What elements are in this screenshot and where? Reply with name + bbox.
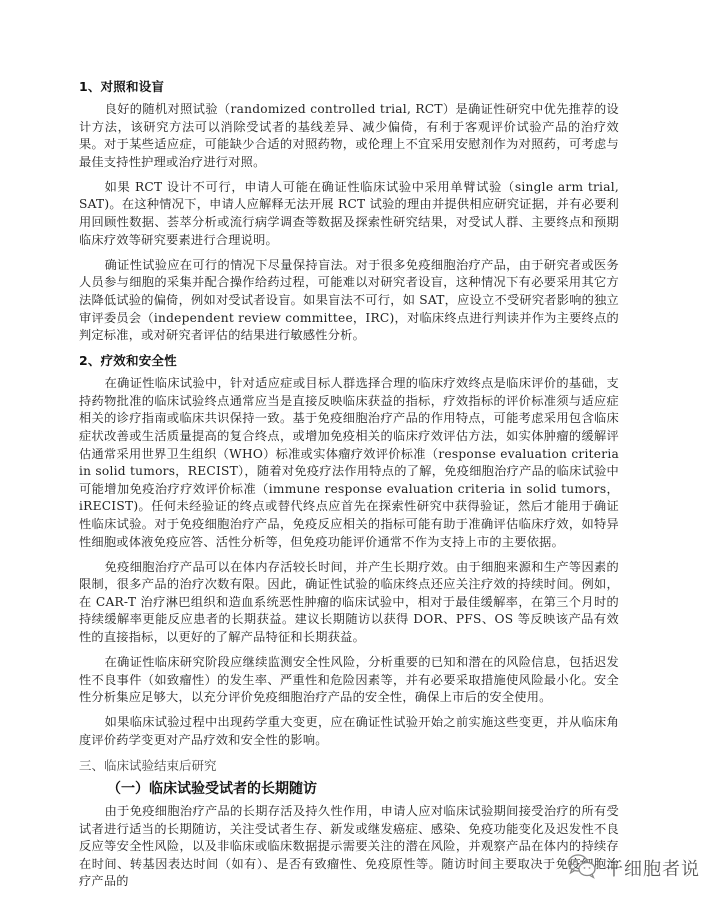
paragraph: 良好的随机对照试验（randomized controlled trial, R… — [79, 101, 619, 171]
wechat-icon — [567, 853, 597, 883]
section-heading-efficacy-safety: 2、疗效和安全性 — [79, 352, 619, 369]
paragraph: 如果 RCT 设计不可行，申请人可能在确证性临床试验中采用单臂试验（single… — [79, 179, 619, 249]
paragraph: 在确证性临床试验中，针对适应症或目标人群选择合理的临床疗效终点是临床评价的基础，… — [79, 375, 619, 551]
paragraph: 确证性试验应在可行的情况下尽量保持盲法。对于很多免疫细胞治疗产品，由于研究者或医… — [79, 257, 619, 345]
paragraph: 如果临床试验过程中出现药学重大变更，应在确证性试验开始之前实施这些变更，并从临床… — [79, 714, 619, 749]
watermark-text: 干细胞者说 — [605, 855, 700, 881]
document-page: 1、对照和设盲 良好的随机对照试验（randomized controlled … — [79, 78, 619, 899]
paragraph: 由于免疫细胞治疗产品的长期存活及持久性作用，申请人应对临床试验期间接受治疗的所有… — [79, 803, 619, 891]
watermark: 干细胞者说 — [567, 853, 700, 883]
paragraph: 免疫细胞治疗产品可以在体内存活较长时间，并产生长期疗效。由于细胞来源和生产等因素… — [79, 559, 619, 647]
section-heading-control-blinding: 1、对照和设盲 — [79, 78, 619, 95]
paragraph: 在确证性临床研究阶段应继续监测安全性风险，分析重要的已知和潜在的风险信息，包括迟… — [79, 654, 619, 707]
chapter-heading-post-trial-studies: 三、临床试验结束后研究 — [79, 757, 619, 774]
subsection-heading-long-term-follow-up: （一）临床试验受试者的长期随访 — [79, 779, 619, 799]
